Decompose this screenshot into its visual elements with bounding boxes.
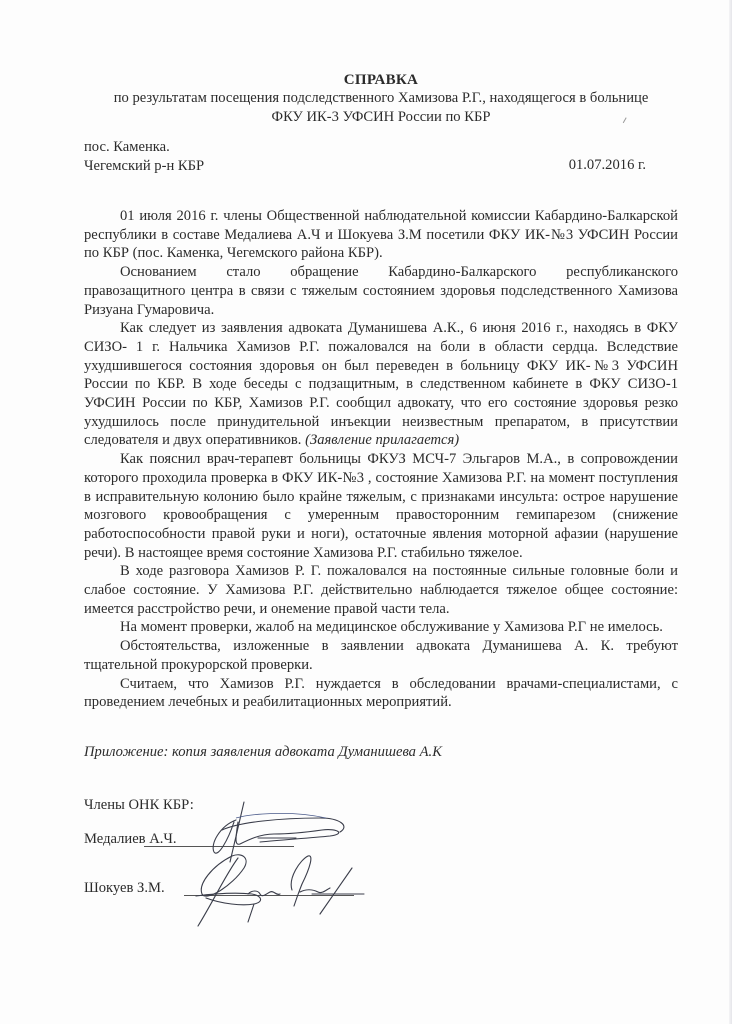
- paragraph-lawyer-statement: Как следует из заявления адвоката Думани…: [84, 319, 678, 450]
- subtitle-line-1: по результатам посещения подследственног…: [72, 89, 690, 108]
- signer-name: Шокуев З.М.: [84, 880, 165, 896]
- statement-attached-note: (Заявление прилагается): [305, 432, 459, 448]
- paragraph-visit: 01 июля 2016 г. члены Общественной наблю…: [84, 207, 678, 263]
- paragraph-circumstances: Обстоятельства, изложенные в заявлении а…: [84, 637, 678, 674]
- members-label: Члены ОНК КБР:: [84, 796, 194, 815]
- place-line-2: Чегемский р-н КБР: [84, 157, 204, 176]
- signer-name: Медалиев А.Ч.: [84, 831, 177, 847]
- document-place: пос. Каменка. Чегемский р-н КБР: [84, 138, 204, 175]
- paragraph-conclusion: Считаем, что Хамизов Р.Г. нуждается в об…: [84, 675, 678, 712]
- signer-shokuev: Шокуев З.М.: [84, 879, 165, 898]
- paragraph-no-complaints: На момент проверки, жалоб на медицинское…: [84, 618, 678, 637]
- document-title: СПРАВКА: [84, 71, 678, 89]
- document-body: 01 июля 2016 г. члены Общественной наблю…: [84, 207, 678, 712]
- document-date: 01.07.2016 г.: [569, 156, 646, 175]
- paragraph-doctor-explanation: Как пояснил врач-терапевт больницы ФКУЗ …: [84, 450, 678, 562]
- paragraph-basis: Основанием стало обращение Кабардино-Бал…: [84, 263, 678, 319]
- paragraph-lawyer-statement-text: Как следует из заявления адвоката Думани…: [84, 320, 678, 448]
- paragraph-conversation: В ходе разговора Хамизов Р. Г. пожаловал…: [84, 562, 678, 618]
- attachment-note: Приложение: копия заявления адвоката Дум…: [84, 743, 442, 762]
- subtitle-line-2: ФКУ ИК-3 УФСИН России по КБР: [72, 108, 690, 127]
- signature-shokuev-icon: [192, 850, 367, 930]
- document-subtitle: по результатам посещения подследственног…: [72, 89, 690, 126]
- place-line-1: пос. Каменка.: [84, 138, 204, 157]
